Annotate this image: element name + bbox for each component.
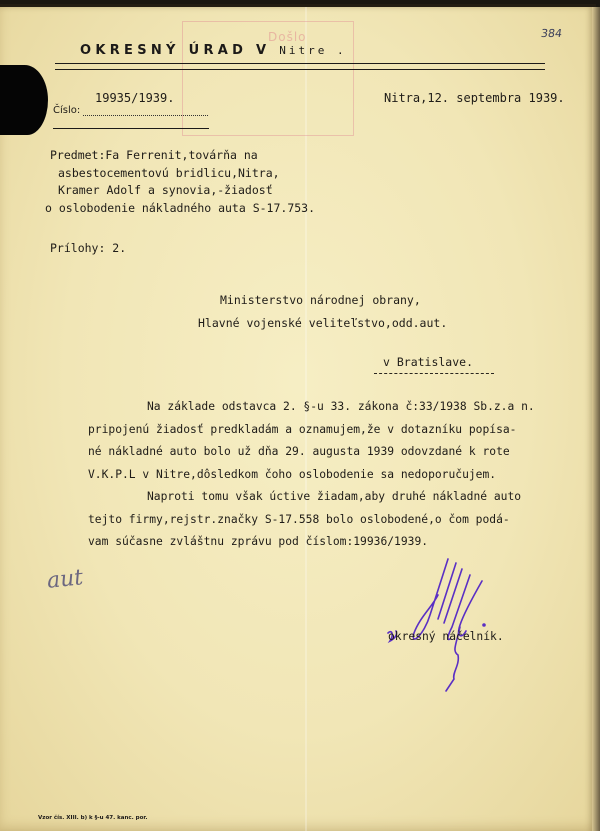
attachments-line: Prílohy: 2. [50, 241, 126, 255]
subject-block: Predmet:Fa Ferrenit,továrňa naasbestocem… [50, 147, 315, 217]
stamp-label: Došlo [268, 30, 307, 44]
reference-dotted-line [83, 115, 208, 116]
body-line: V.K.P.L v Nitre,dôsledkom čoho osloboden… [88, 464, 535, 487]
addressee-city: v Bratislave. [383, 355, 473, 369]
office-title: OKRESNÝ ÚRAD V [80, 43, 270, 58]
office-town: Nitre . [279, 44, 346, 57]
page-edge [592, 7, 600, 831]
signatory-title: okresný náčelník. [388, 630, 504, 643]
addressee-block: Ministerstvo národnej obrany, Hlavné voj… [198, 289, 447, 335]
received-stamp: Došlo [182, 21, 354, 136]
subject-line: o oslobodenie nákladného auta S-17.753. [45, 200, 315, 218]
date-line: Nitra,12. septembra 1939. [384, 91, 565, 105]
signature-icon [386, 555, 506, 695]
body-line: Naproti tomu však úctive žiadam,aby druh… [147, 486, 535, 509]
reference-number: 19935/1939. [95, 91, 174, 105]
form-footer: Vzor čís. XIII. b) k §-u 47. kanc. por. [38, 815, 147, 821]
body-line: vam súčasne zvláštnu zprávu pod číslom:1… [88, 531, 535, 554]
addressee-line: Ministerstvo národnej obrany, [220, 289, 447, 312]
body-line: Na základe odstavca 2. §-u 33. zákona č:… [147, 396, 535, 419]
reference-label: Číslo: [53, 105, 80, 116]
page-number: 384 [540, 27, 563, 40]
addressee-line: Hlavné vojenské veliteľstvo,odd.aut. [198, 312, 447, 335]
header-double-rule [55, 63, 545, 70]
handwritten-margin-note: aut [46, 565, 85, 594]
body-line: pripojenú žiadosť predkladám a oznamujem… [88, 419, 535, 442]
subject-line: Predmet:Fa Ferrenit,továrňa na [50, 147, 315, 165]
letter-body: Na základe odstavca 2. §-u 33. zákona č:… [115, 396, 535, 554]
punch-hole [0, 65, 48, 135]
body-line: né nákladné auto bolo už dňa 29. augusta… [88, 441, 535, 464]
subject-line: asbestocementovú bridlicu,Nitra, [58, 165, 315, 183]
document-page: 384 Došlo OKRESNÝ ÚRAD V Nitre . 19935/1… [0, 4, 596, 831]
body-line: tejto firmy,rejstr.značky S-17.558 bolo … [88, 509, 535, 532]
city-underline [374, 373, 494, 374]
subject-line: Kramer Adolf a synovia,-žiadosť [58, 182, 315, 200]
office-heading: OKRESNÝ ÚRAD V Nitre . [80, 43, 347, 58]
reference-rule [53, 128, 209, 129]
